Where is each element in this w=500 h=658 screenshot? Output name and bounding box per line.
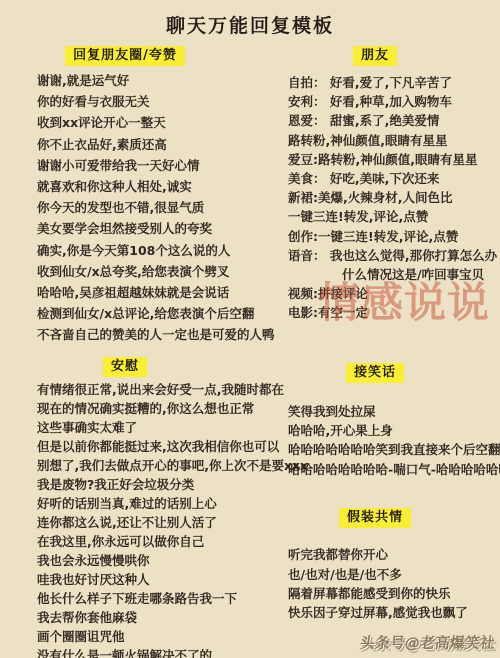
reply-line: 连你都这么说,还让不让别人活了 bbox=[0, 513, 250, 532]
section-header-wrap: 回复朋友圈/夸赞 bbox=[0, 44, 250, 66]
reply-line: 不吝啬自己的赞美的人一定也是可爱的人鸭 bbox=[0, 324, 250, 345]
reply-line: 哈哈哈哈哈哈哈哈-喘口气-哈哈哈哈哈哈哈 bbox=[250, 460, 500, 479]
section-comfort: 安慰 有情绪很正常,说出来会好受一点,我随时都在 现在的情况确实挺糟的,你这么想… bbox=[0, 355, 250, 658]
reply-line: 别想了,我们去做点开心的事吧,你上次不是要xxx bbox=[0, 456, 250, 475]
section-header-wrap: 朋友 bbox=[250, 44, 500, 66]
page-title: 聊天万能回复模板 bbox=[0, 0, 500, 38]
reply-line: 这些事确实太难了 bbox=[0, 418, 250, 437]
reply-line: 画个圈圈诅咒他 bbox=[0, 627, 250, 646]
reply-line: 路转粉,神仙颜值,眼睛有星星 bbox=[250, 131, 500, 150]
reply-line: 新裙:美爆,火辣身材,人间色比 bbox=[250, 188, 500, 207]
section-friends: 朋友 自拍： 好看,爱了,下凡辛苦了 安利： 好看,种草,加入购物车 恩爱： 甜… bbox=[250, 44, 500, 323]
reply-line: 你不止衣品好,素质还高 bbox=[0, 134, 250, 155]
columns: 回复朋友圈/夸赞 谢谢,就是运气好 你的好看与衣服无关 收到xx评论开心一整天 … bbox=[0, 44, 500, 658]
reply-line: 安利： 好看,种草,加入购物车 bbox=[250, 92, 500, 111]
reply-line: 检测到仙女/x总评论,给您表演个后空翻 bbox=[0, 303, 250, 324]
section-header-fake-empathy: 假装共情 bbox=[339, 508, 411, 528]
reply-line: 确实,你是今天第108个这么说的人 bbox=[0, 240, 250, 261]
reply-line: 他长什么样子下班走哪条路告我一下 bbox=[0, 589, 250, 608]
reply-line: 什么情况这是/咋回事宝贝 bbox=[250, 265, 500, 284]
reply-line: 就喜欢和你这种人相处,诚实 bbox=[0, 176, 250, 197]
left-column: 回复朋友圈/夸赞 谢谢,就是运气好 你的好看与衣服无关 收到xx评论开心一整天 … bbox=[0, 44, 250, 658]
reply-line: 我去帮你套他麻袋 bbox=[0, 608, 250, 627]
reply-line: 笑得我到处拉屎 bbox=[250, 402, 500, 421]
reply-line: 收到仙女/x总夸奖,给您表演个劈叉 bbox=[0, 261, 250, 282]
section-joke: 接笑话 笑得我到处拉屎 哈哈哈,开心果上身 哈哈哈哈哈哈哈笑到我直接来个后空翻 … bbox=[250, 361, 500, 480]
section-header-wrap: 接笑话 bbox=[250, 361, 500, 383]
reply-line: 电影:有空一定 bbox=[250, 303, 500, 322]
reply-line: 收到xx评论开心一整天 bbox=[0, 112, 250, 133]
reply-line: 语音： 我也这么觉得,那你打算怎么办 bbox=[250, 246, 500, 265]
section-header-wrap: 假装共情 bbox=[250, 506, 500, 528]
reply-line: 但是以前你都能挺过来,这次我相信你也可以 bbox=[0, 437, 250, 456]
reply-line: 我是废物?我正好会垃圾分类 bbox=[0, 475, 250, 494]
reply-line: 在我这里,你永远可以做你自己 bbox=[0, 532, 250, 551]
poster-canvas: 聊天万能回复模板 回复朋友圈/夸赞 谢谢,就是运气好 你的好看与衣服无关 收到x… bbox=[0, 0, 500, 658]
reply-line: 视频:拼接评论 bbox=[250, 284, 500, 303]
reply-line: 哈哈哈哈哈哈哈笑到我直接来个后空翻 bbox=[250, 440, 500, 459]
reply-line: 现在的情况确实挺糟的,你这么想也正常 bbox=[0, 399, 250, 418]
reply-line: 哈哈哈,开心果上身 bbox=[250, 421, 500, 440]
reply-line: 好听的话别当真,难过的话别上心 bbox=[0, 494, 250, 513]
bottom-watermark: 头条号@老高爆笑社 bbox=[359, 632, 496, 653]
reply-line: 哇我也好讨厌这种人 bbox=[0, 570, 250, 589]
reply-line: 爱豆:路转粉,神仙颜值,眼睛有星星 bbox=[250, 150, 500, 169]
reply-line: 听完我都替你开心 bbox=[250, 545, 500, 564]
reply-line: 我也会永远慢慢哄你 bbox=[0, 551, 250, 570]
section-header-joke: 接笑话 bbox=[346, 363, 404, 383]
section-header-comfort: 安慰 bbox=[103, 357, 147, 377]
section-fake-empathy: 假装共情 听完我都替你开心 也/也对/也是/也不多 隔着屏幕都能感受到你的快乐 … bbox=[250, 506, 500, 623]
reply-line: 美女要学会坦然接受别人的夸奖 bbox=[0, 218, 250, 239]
reply-line: 快乐因子穿过屏幕,感觉我也飘了 bbox=[250, 603, 500, 622]
reply-line: 美食： 好吃,美味,下次还来 bbox=[250, 169, 500, 188]
reply-line: 你今天的发型也不错,很显气质 bbox=[0, 197, 250, 218]
reply-line: 你的好看与衣服无关 bbox=[0, 91, 250, 112]
reply-line: 也/也对/也是/也不多 bbox=[250, 565, 500, 584]
section-reply-moments: 回复朋友圈/夸赞 谢谢,就是运气好 你的好看与衣服无关 收到xx评论开心一整天 … bbox=[0, 44, 250, 346]
reply-line: 恩爱： 甜蜜,系了,绝美爱情 bbox=[250, 111, 500, 130]
reply-line: 自拍： 好看,爱了,下凡辛苦了 bbox=[250, 73, 500, 92]
reply-line: 哈哈哈,吴彦祖超越妹妹就是会说话 bbox=[0, 282, 250, 303]
section-header-reply-moments: 回复朋友圈/夸赞 bbox=[65, 46, 185, 66]
reply-line: 创作:一键三连!转发,评论,点赞 bbox=[250, 227, 500, 246]
right-column: 朋友 自拍： 好看,爱了,下凡辛苦了 安利： 好看,种草,加入购物车 恩爱： 甜… bbox=[250, 44, 500, 658]
reply-line: 谢谢,就是运气好 bbox=[0, 70, 250, 91]
section-header-friends: 朋友 bbox=[353, 46, 397, 66]
reply-line: 没有什么是一顿火锅解决不了的 bbox=[0, 646, 250, 658]
section-header-wrap: 安慰 bbox=[0, 355, 250, 377]
reply-line: 隔着屏幕都能感受到你的快乐 bbox=[250, 584, 500, 603]
reply-line: 一键三连!转发,评论,点赞 bbox=[250, 207, 500, 226]
reply-line: 谢谢小可爱带给我一天好心情 bbox=[0, 155, 250, 176]
reply-line: 有情绪很正常,说出来会好受一点,我随时都在 bbox=[0, 380, 250, 399]
